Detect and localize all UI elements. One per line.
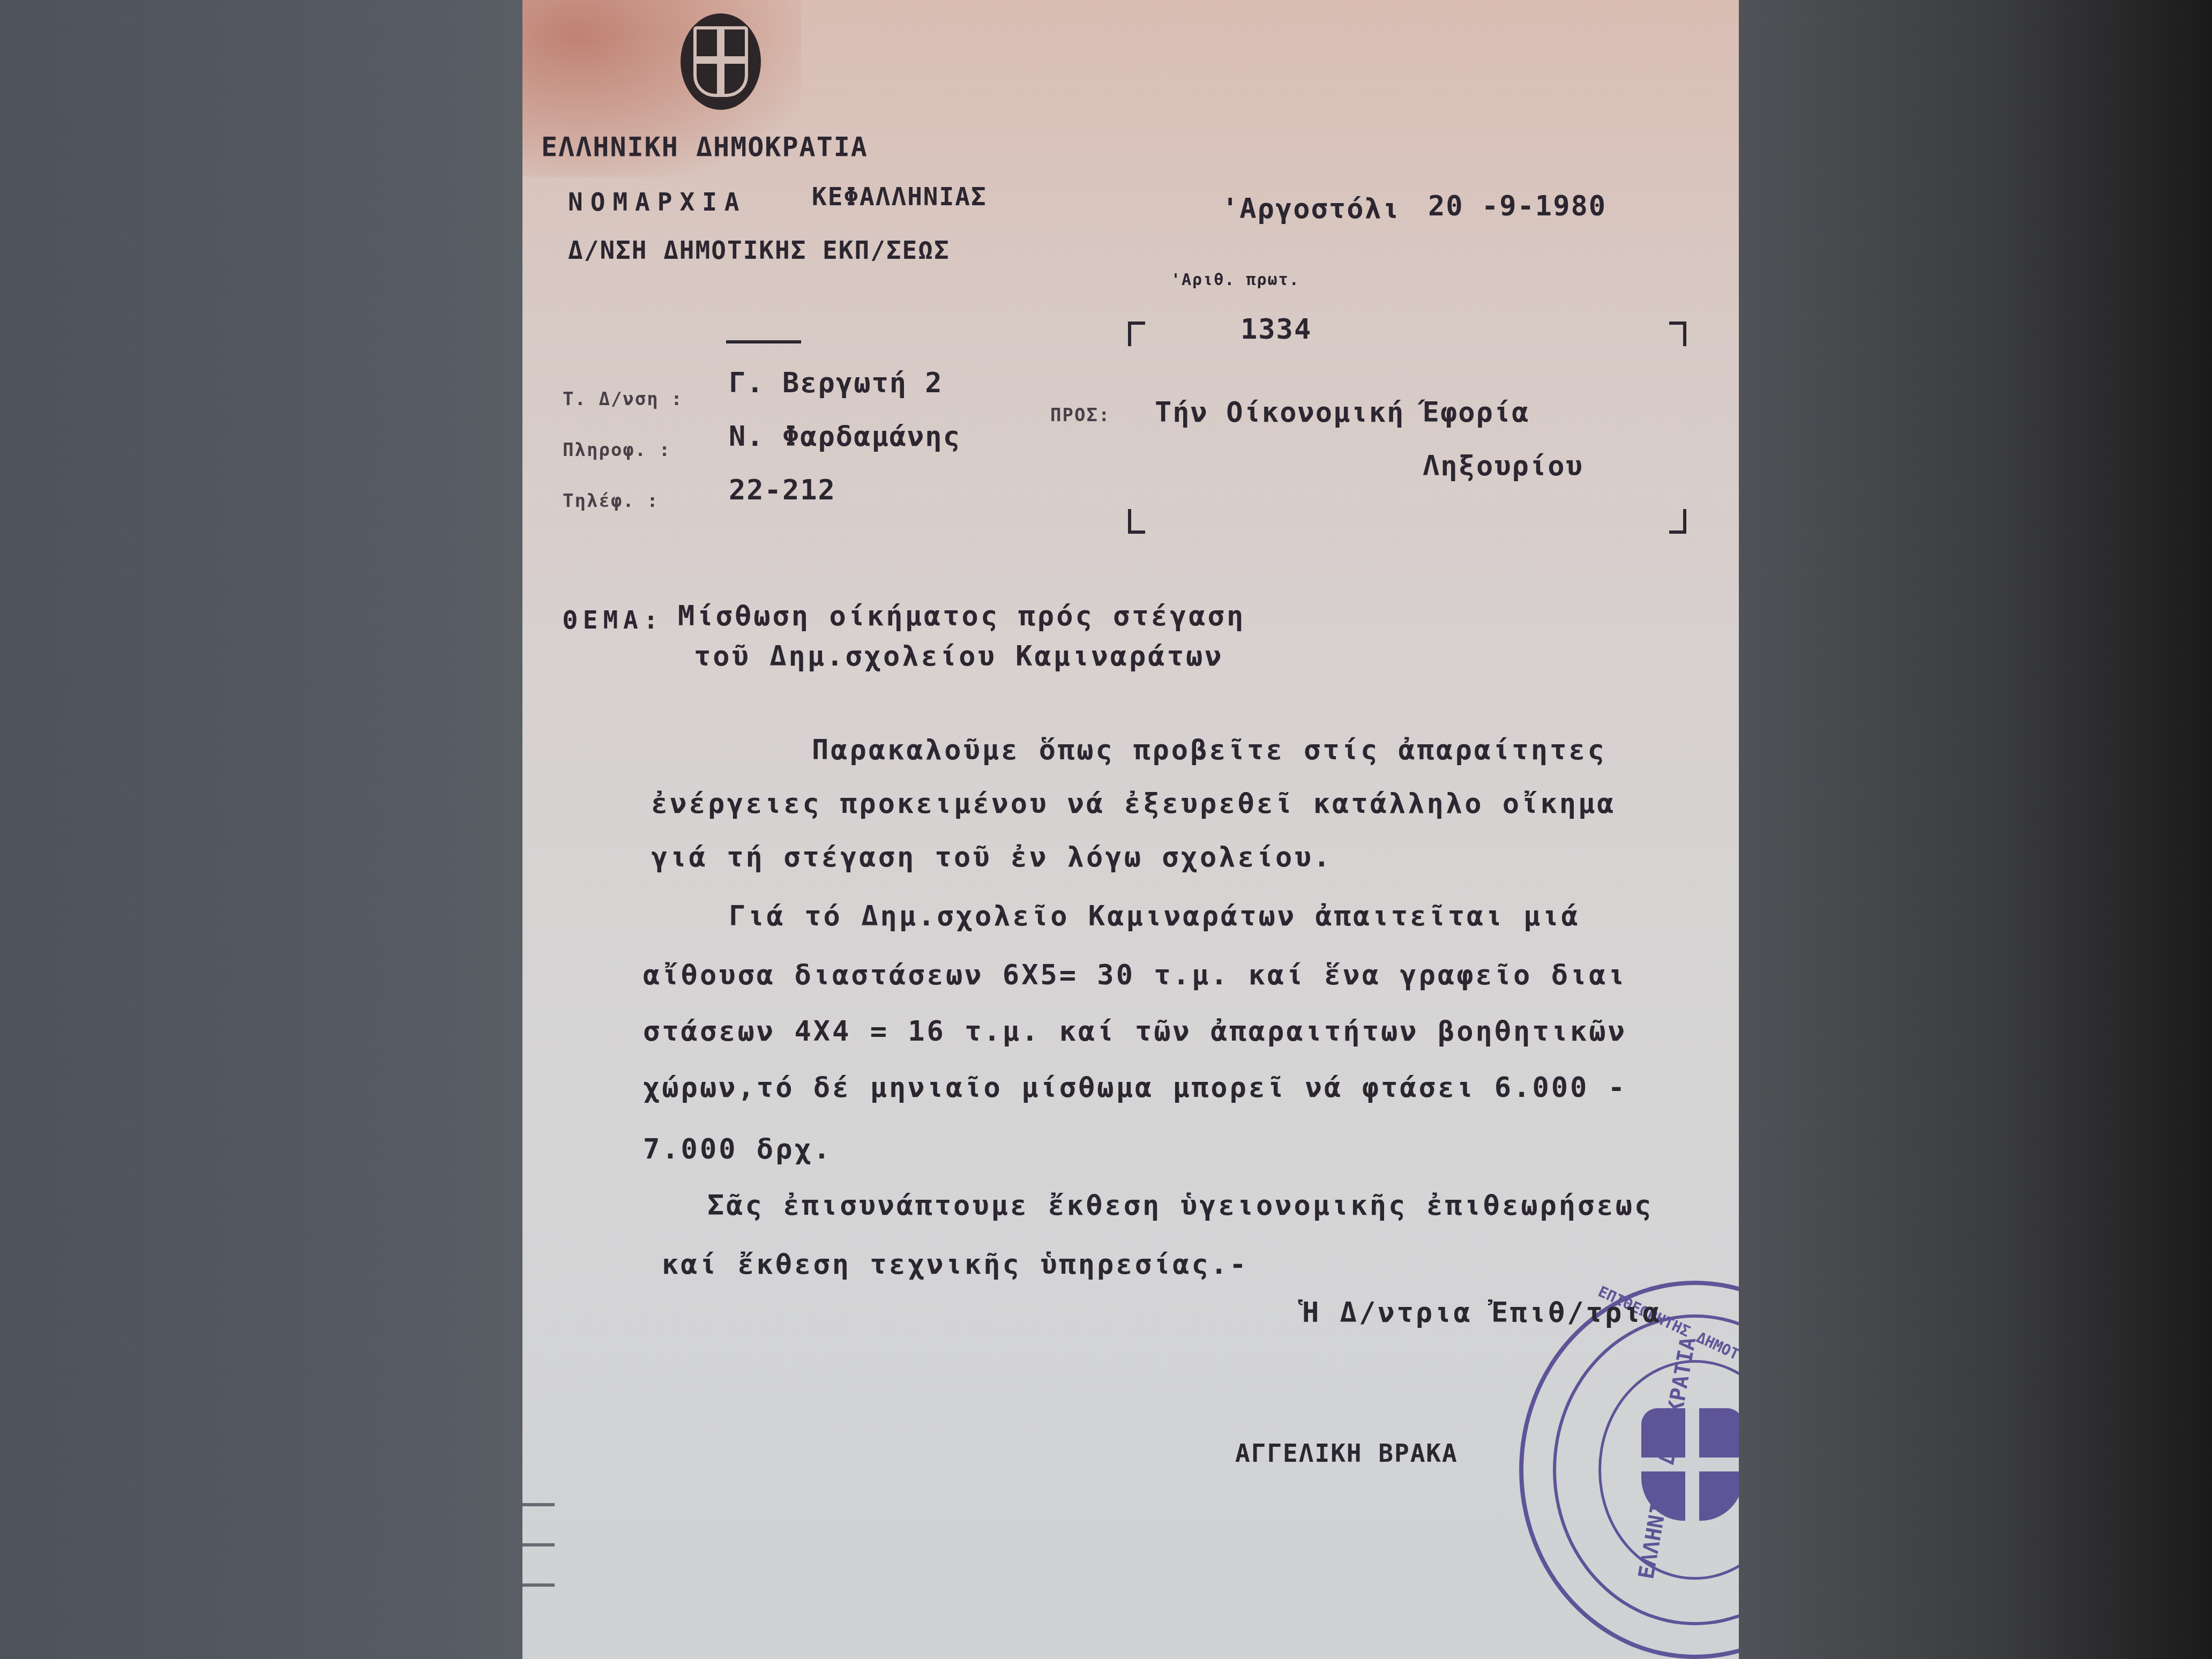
protocol-label: 'Αριθ. πρωτ. <box>1171 271 1300 289</box>
body-line: Σᾶς ἐπισυνάπτουμε ἔκθεση ὑγειονομικῆς ἐπ… <box>707 1190 1653 1222</box>
protocol-number: 1334 <box>1240 313 1312 346</box>
monitor-bezel-right <box>1739 0 2212 1659</box>
directorate-name: Δ/ΝΣΗ ΔΗΜΟΤΙΚΗΣ ΕΚΠ/ΣΕΩΣ <box>568 236 950 265</box>
body-line: Γιά τό Δημ.σχολεῖο Καμιναράτων ἀπαιτεῖτα… <box>729 900 1580 932</box>
place: 'Αργοστόλι <box>1222 193 1400 225</box>
sender-value-info: Ν. Φαρδαμάνης <box>729 421 961 453</box>
subject-line-2: τοῦ Δημ.σχολείου Καμιναράτων <box>694 640 1224 672</box>
recipient-label: ΠΡΟΣ: <box>1050 405 1110 426</box>
prefecture-name: ΚΕΦΑΛΛΗΝΙΑΣ <box>812 182 987 211</box>
recipient-line-2: Ληξουρίου <box>1423 450 1583 482</box>
sender-label-phone: Τηλέφ. : <box>563 490 659 512</box>
margin-dash <box>522 1543 555 1546</box>
body-line: 7.000 δρχ. <box>643 1133 832 1165</box>
address-corner-br <box>1669 509 1686 534</box>
scanned-letter: φ Γ-26 ΕΛΛΗΝΙΚΗ ΔΗΜΟΚΡΑΤΙΑ ΝΟΜΑΡΧΙΑ ΚΕΦΑ… <box>522 0 1739 1659</box>
address-corner-bl <box>1128 509 1145 534</box>
subject-line-1: Μίσθωση οίκήματος πρός στέγαση <box>678 600 1245 632</box>
letter-date: 20 -9-1980 <box>1428 190 1606 222</box>
body-line: στάσεων 4Χ4 = 16 τ.μ. καί τῶν ἀπαραιτήτω… <box>643 1015 1627 1048</box>
sender-label-info: Πληροφ. : <box>563 439 671 461</box>
official-stamp: ΕΛΛΗΝΙΚΗ ΔΗΜΟΚΡΑΤΙΑ ΕΠΙΘΕΩΡΗΤΗΣ ΔΗΜΟΤ. Ε… <box>1519 1281 1739 1659</box>
rule-line <box>726 340 801 343</box>
body-line: καί ἔκθεση τεχνικῆς ὑπηρεσίας.- <box>662 1249 1249 1281</box>
recipient-line-1: Τήν Οίκονομική Έφορία <box>1155 397 1529 429</box>
body-line: Παρακαλοῦμε ὅπως προβεῖτε στίς ἀπαραίτητ… <box>812 734 1606 766</box>
signatory-name: ΑΓΓΕΛΙΚΗ ΒΡΑΚΑ <box>1235 1439 1458 1468</box>
body-line: ἐνέργειες προκειμένου νά ἐξευρεθεῖ κατάλ… <box>651 788 1616 820</box>
margin-dash <box>522 1583 555 1587</box>
sender-label-address: Τ. Δ/νση : <box>563 388 683 410</box>
body-line: γιά τή στέγαση τοῦ ἐν λόγω σχολείου. <box>651 841 1332 873</box>
sender-value-phone: 22-212 <box>729 474 836 506</box>
signatory-title: Ἡ Δ/ντρια Ἐπιθ/τρια <box>1302 1297 1662 1329</box>
margin-dash <box>522 1503 555 1506</box>
address-corner-tr <box>1669 322 1686 346</box>
state-header: ΕΛΛΗΝΙΚΗ ΔΗΜΟΚΡΑΤΙΑ <box>541 131 868 162</box>
subject-label: ΘΕΜΑ: <box>563 606 663 634</box>
greek-emblem-icon <box>681 13 761 110</box>
sender-value-address: Γ. Βεργωτή 2 <box>729 367 943 399</box>
prefecture-label: ΝΟΜΑΡΧΙΑ <box>568 188 747 216</box>
body-line: αἴθουσα διαστάσεων 6Χ5= 30 τ.μ. καί ἕνα … <box>643 959 1627 991</box>
body-line: χώρων,τό δέ μηνιαῖο μίσθωμα μπορεῖ νά φτ… <box>643 1072 1627 1104</box>
address-corner-tl <box>1128 322 1145 346</box>
